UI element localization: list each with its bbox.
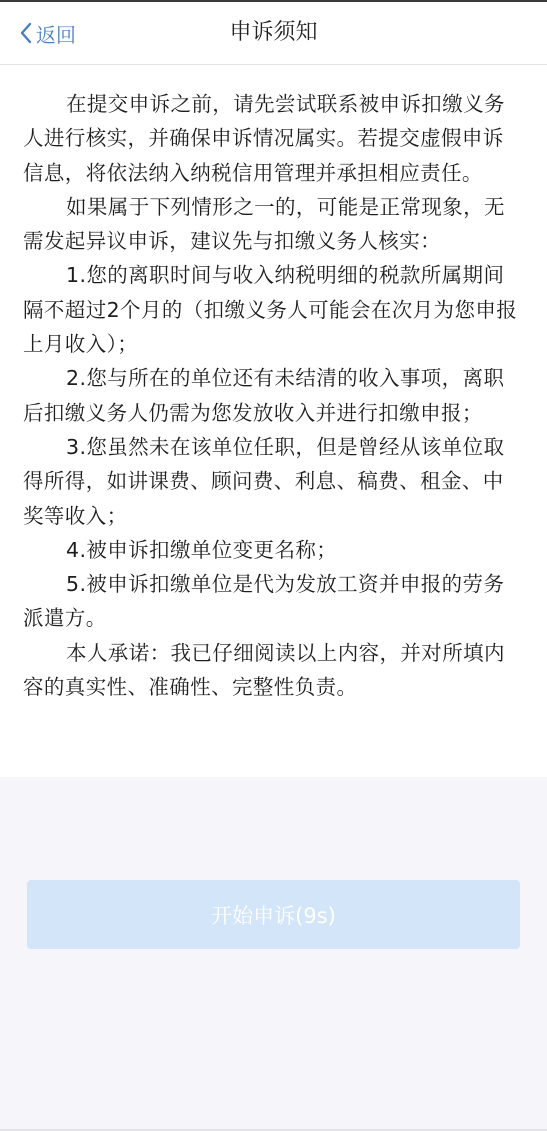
notice-paragraph-conditions: 如果属于下列情形之一的，可能是正常现象，无需发起异议申诉，建议先与扣缴义务人核实… (23, 190, 524, 259)
notice-text: 在提交申诉之前，请先尝试联系被申诉扣缴义务人进行核实，并确保申诉情况属实。若提交… (0, 65, 547, 704)
notice-item-4: 4.被申诉扣缴单位变更名称； (23, 533, 524, 567)
notice-item-3: 3.您虽然未在该单位任职，但是曾经从该单位取得所得，如讲课费、顾问费、利息、稿费… (23, 430, 524, 533)
nav-header: 返回 申诉须知 (0, 2, 547, 65)
notice-content: 在提交申诉之前，请先尝试联系被申诉扣缴义务人进行核实，并确保申诉情况属实。若提交… (0, 65, 547, 777)
notice-item-5: 5.被申诉扣缴单位是代为发放工资并申报的劳务派遣方。 (23, 567, 524, 636)
notice-item-1: 1.您的离职时间与收入纳税明细的税款所属期间隔不超过2个月的（扣缴义务人可能会在… (23, 258, 524, 361)
notice-paragraph-intro: 在提交申诉之前，请先尝试联系被申诉扣缴义务人进行核实，并确保申诉情况属实。若提交… (23, 87, 524, 190)
notice-commitment: 本人承诺：我已仔细阅读以上内容，并对所填内容的真实性、准确性、完整性负责。 (23, 636, 524, 705)
page-title: 申诉须知 (0, 18, 547, 48)
notice-item-2: 2.您与所在的单位还有未结清的收入事项，离职后扣缴义务人仍需为您发放收入并进行扣… (23, 361, 524, 430)
start-appeal-button[interactable]: 开始申诉(9s) (27, 880, 520, 949)
